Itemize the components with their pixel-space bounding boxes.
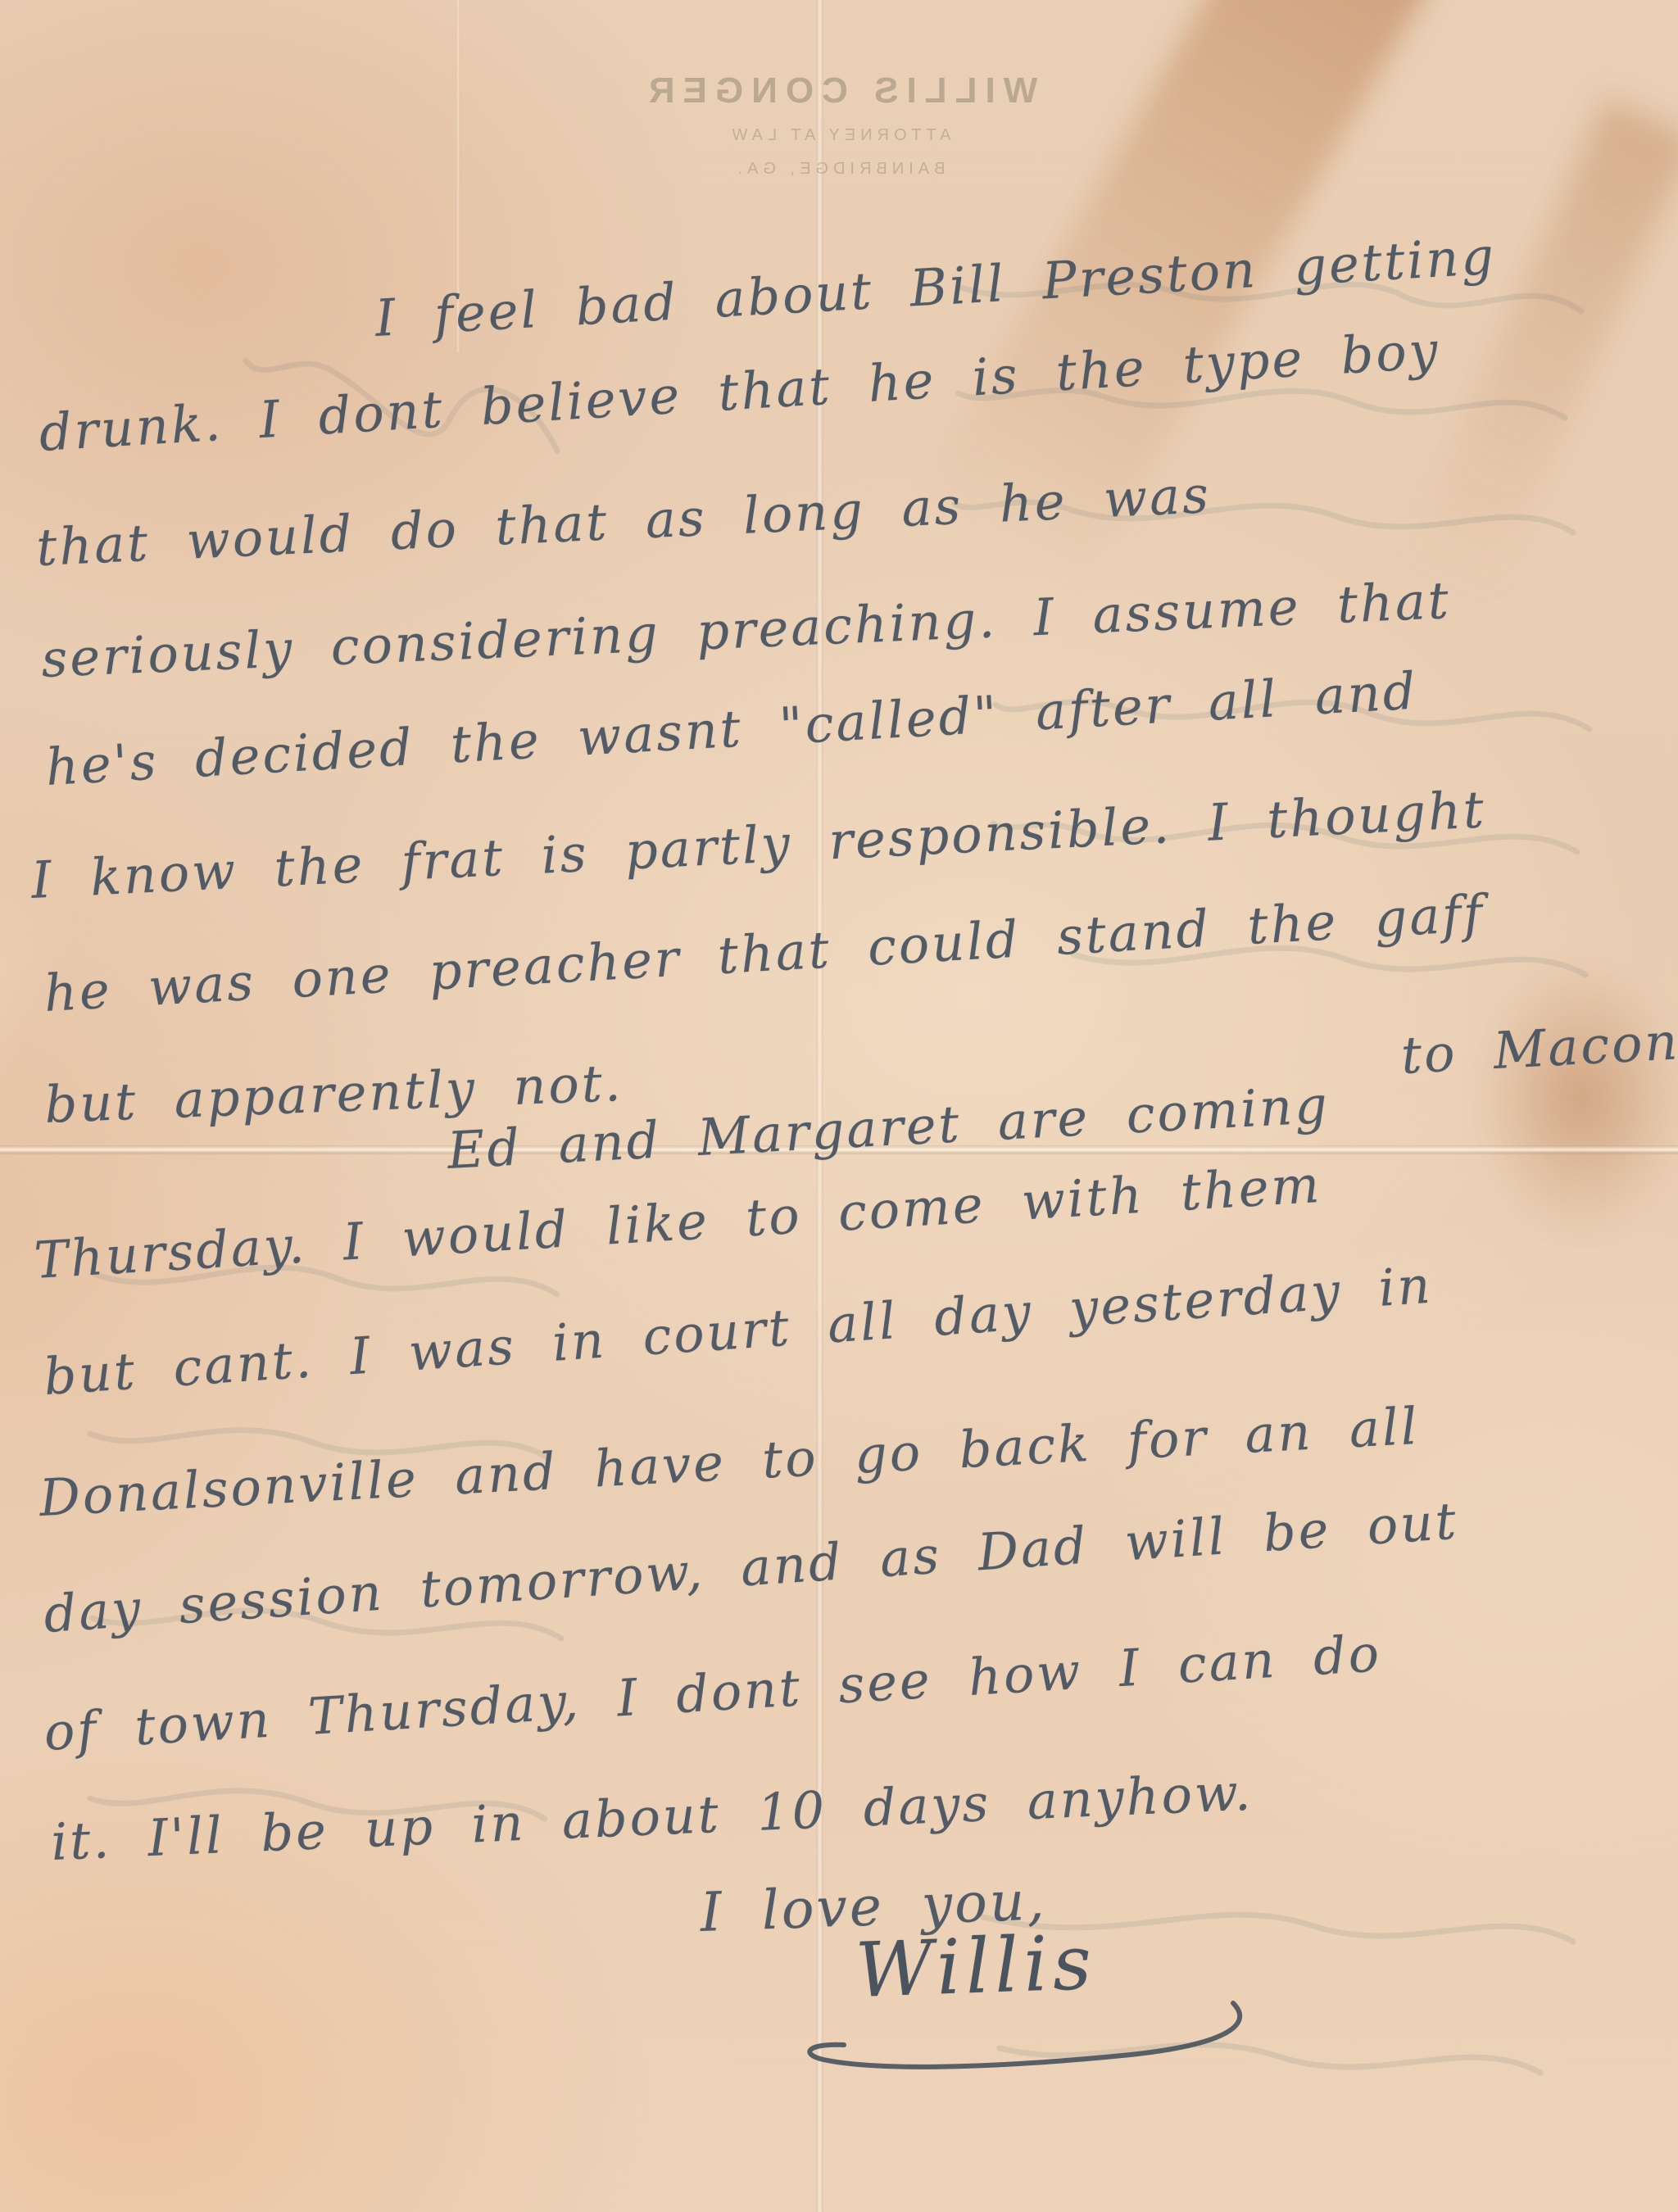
letter-line: I know the frat is partly responsible. I… [29, 779, 1487, 910]
letterhead-name: WILLIS CONGER [641, 70, 1037, 111]
letter-line: he's decided the wasnt "called" after al… [44, 661, 1419, 797]
stain-mid-right [1475, 959, 1678, 1237]
letter-line: it. I'll be up in about 10 days anyhow. [50, 1762, 1254, 1872]
letter-page: WILLIS CONGER ATTORNEY AT LAW BAINBRIDGE… [0, 0, 1678, 2212]
letter-line: he was one preacher that could stand the… [43, 883, 1486, 1023]
signature-underline-flourish [787, 1974, 1262, 2118]
letter-line-inserted: to Macon [1399, 1011, 1678, 1086]
letter-line: of town Thursday, I dont see how I can d… [43, 1623, 1383, 1762]
letterhead-bleedthrough: WILLIS CONGER ATTORNEY AT LAW BAINBRIDGE… [641, 70, 1037, 179]
letter-line: drunk. I dont believe that he is the typ… [38, 320, 1442, 463]
letterhead-city: BAINBRIDGE, GA. [641, 160, 1037, 179]
letter-line: that would do that as long as he was [35, 465, 1213, 578]
letter-line: Thursday. I would like to come with them [33, 1154, 1323, 1290]
letterhead-title: ATTORNEY AT LAW [641, 126, 1037, 145]
stain-top-right-secondary [1399, 98, 1678, 602]
